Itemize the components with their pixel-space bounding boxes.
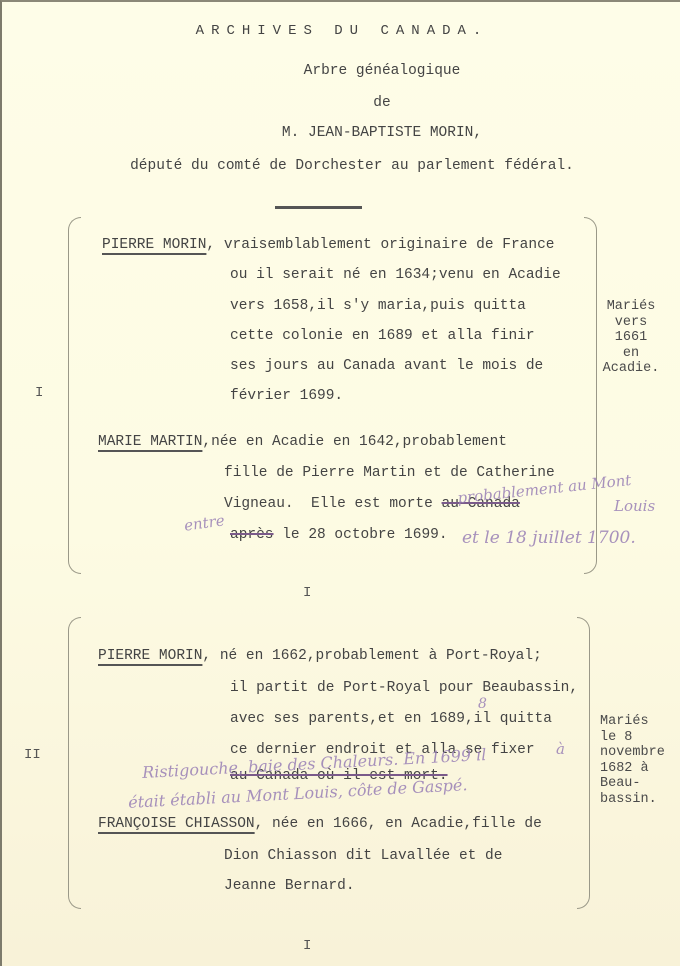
gen1-wife-line-0: MARIE MARTIN,née en Acadie en 1642,proba… [98,435,507,450]
gen2-husband-line-1: il partit de Port-Royal pour Beaubassin, [230,681,578,696]
gen2-wife-line-1: Dion Chiasson dit Lavallée et de [224,849,502,864]
subject-name: M. JEAN-BAPTISTE MORIN, [42,126,680,141]
generation-1-right-bracket [584,217,597,574]
gen1-husband-line-4: ses jours au Canada avant le mois de [230,359,543,374]
gen2-husband-line-0: PIERRE MORIN, né en 1662,probablement à … [98,649,542,664]
gen1-wife-name: MARIE MARTIN [98,434,202,450]
handwritten-entre: entre [183,511,226,534]
gen2-wife-line-0: FRANÇOISE CHIASSON, née en 1666, en Acad… [98,817,542,832]
gen1-husband-line-2: vers 1658,il s'y maria,puis quitta [230,299,526,314]
handwritten-correction-8: 8 [478,696,487,712]
gen1-husband-line-3: cette colonie en 1689 et alla finir [230,329,535,344]
document-page: ARCHIVES DU CANADA. Arbre généalogique d… [0,0,680,966]
gen2-husband-name: PIERRE MORIN [98,648,202,664]
generation-2-left-bracket [68,617,81,909]
title-separator [275,206,362,209]
gen1-husband-line-5: février 1699. [230,389,343,404]
gen2-husband-line-2: avec ses parents,et en 1689,il quitta [230,712,552,727]
gen1-husband-line-0: PIERRE MORIN, vraisemblablement originai… [102,238,554,253]
subject-subtitle: député du comté de Dorchester au parleme… [12,159,680,174]
document-title: Arbre généalogique [42,64,680,79]
archive-header: ARCHIVES DU CANADA. [2,24,680,38]
gen1-husband-line-1: ou il serait né en 1634;venu en Acadie [230,268,561,283]
generation-1-left-bracket [68,217,81,574]
gen2-wife-line-2: Jeanne Bernard. [224,879,355,894]
generation-1-numeral: I [35,385,43,401]
handwritten-louis: Louis [614,497,655,515]
gen1-wife-line-1: fille de Pierre Martin et de Catherine [224,466,555,481]
generation-2-right-bracket [577,617,590,909]
gen2-marriage-note: Mariésle 8novembre1682 àBeau-bassin. [600,714,665,807]
gen1-husband-name: PIERRE MORIN [102,237,206,253]
handwritten-a: à [556,740,565,758]
handwritten-date-1700: et le 18 juillet 1700. [462,528,636,548]
separator-numeral-2: I [303,938,311,954]
separator-numeral-1: I [303,585,311,601]
struck-apres: après [230,527,274,543]
gen1-wife-line-3: après le 28 octobre 1699. [230,528,448,543]
gen1-marriage-note: Mariésvers1661enAcadie. [602,299,660,377]
generation-2-numeral: II [24,747,41,763]
title-de: de [42,96,680,111]
gen2-wife-name: FRANÇOISE CHIASSON [98,816,255,832]
